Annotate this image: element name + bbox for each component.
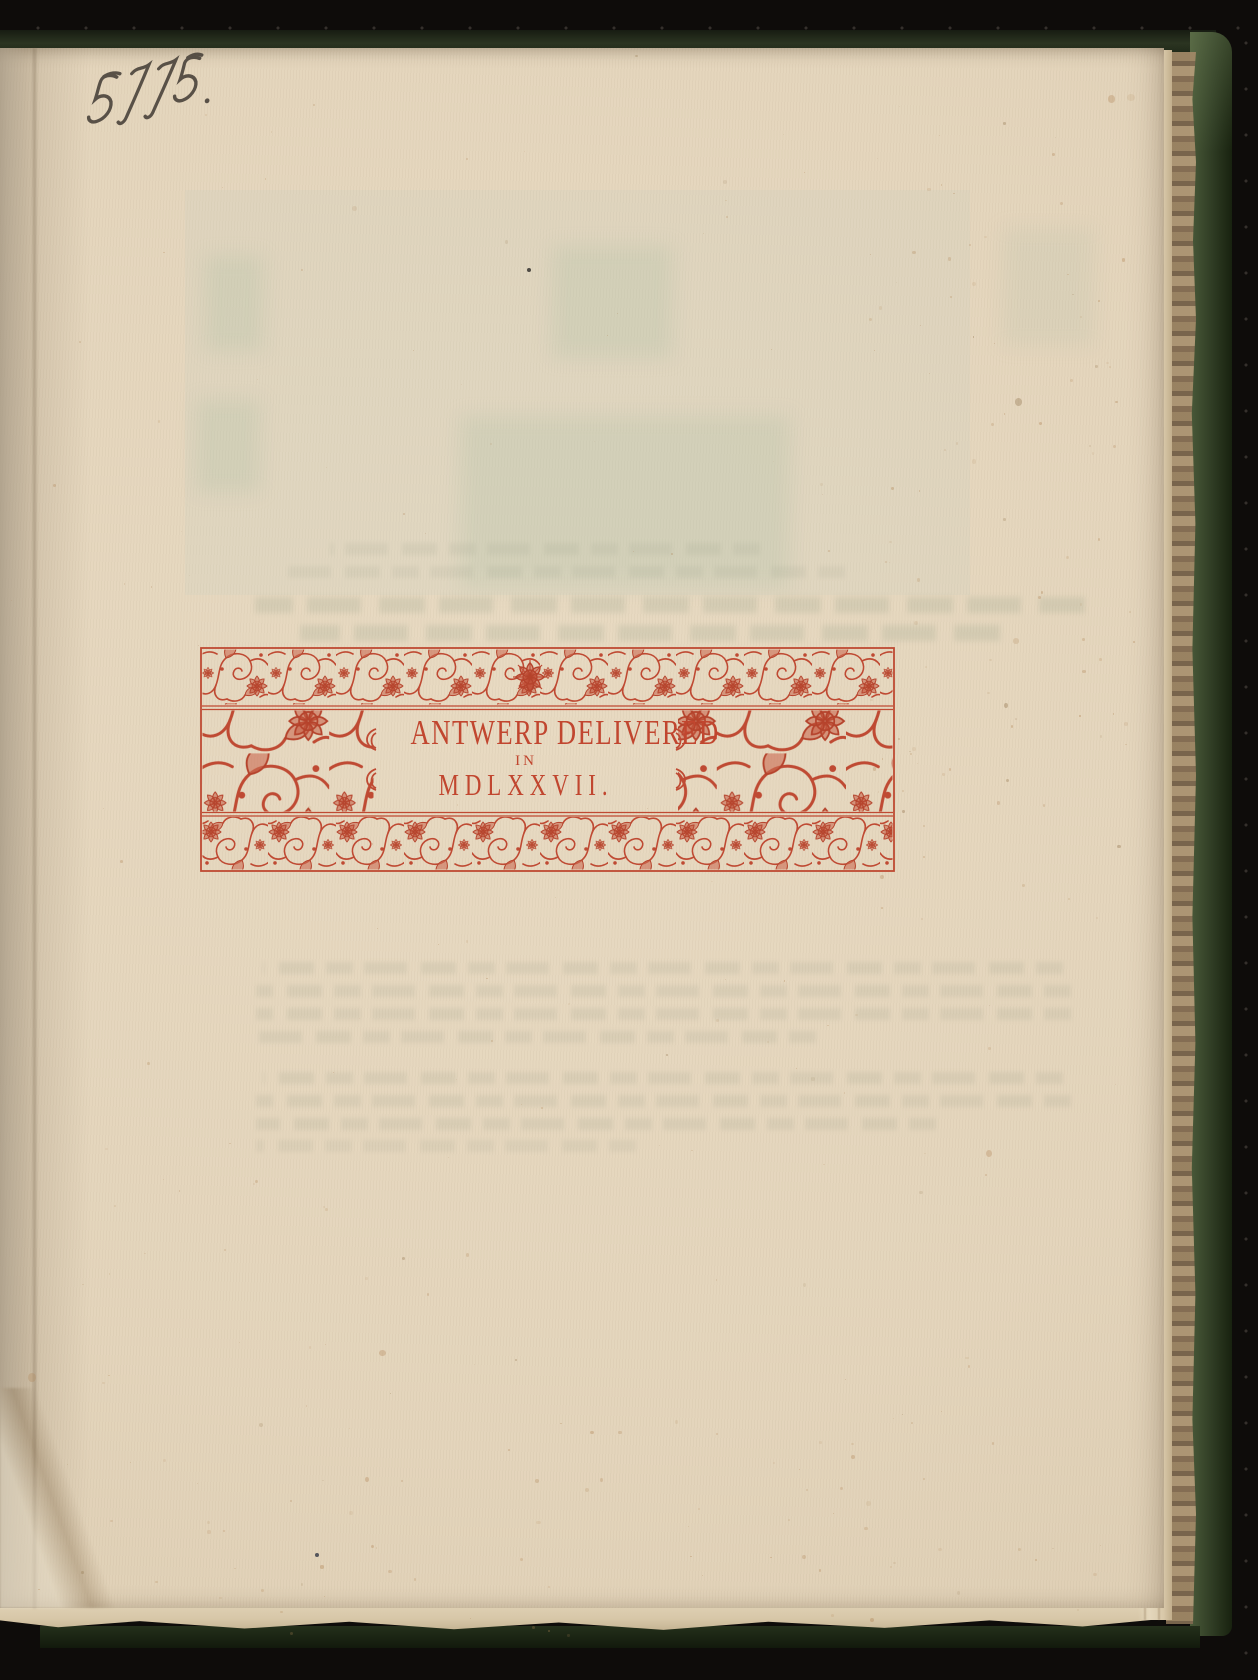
show-through-text-line xyxy=(256,1095,1071,1107)
show-through-text-line xyxy=(255,597,1085,613)
cartouche-title-line1: ANTWERP DELIVERED xyxy=(410,715,641,751)
cartouche-title-line3: MDLXXVII. xyxy=(414,769,639,801)
show-through-text-line xyxy=(256,1031,816,1043)
show-through-ornament xyxy=(552,246,672,358)
show-through-text-line xyxy=(263,962,1063,974)
show-through-text-line xyxy=(263,1072,1063,1084)
show-through-shield xyxy=(205,256,263,351)
handwritten-inventory-number: 5775. xyxy=(78,42,236,145)
gutter-shadow xyxy=(0,48,90,1608)
scanned-book-page: 5775. xyxy=(0,0,1258,1680)
show-through-ornament xyxy=(1002,228,1094,346)
page-corner-curl xyxy=(0,1388,120,1608)
show-through-figure-group xyxy=(460,416,790,588)
ink-speck xyxy=(527,268,531,272)
gutter-crease xyxy=(33,48,36,1608)
handwriting-strokes xyxy=(78,42,236,145)
ink-speck xyxy=(315,1553,319,1557)
left-frieze xyxy=(203,711,374,812)
show-through-text-line xyxy=(300,625,1000,641)
title-cartouche: ANTWERP DELIVERED IN MDLXXVII. xyxy=(200,647,895,872)
book-cover-bottom-edge xyxy=(40,1626,1200,1648)
show-through-text-line xyxy=(256,1140,636,1152)
show-through-text-line xyxy=(256,1008,1071,1020)
cartouche-title-panel: ANTWERP DELIVERED IN MDLXXVII. xyxy=(374,647,678,872)
show-through-text-line xyxy=(256,985,1071,997)
show-through-text-line xyxy=(256,1118,936,1130)
show-through-text-line xyxy=(330,543,760,555)
film-edge-dots-right xyxy=(1236,0,1248,1680)
show-through-plate xyxy=(185,190,970,595)
book-cover-right-edge xyxy=(1190,32,1232,1636)
show-through-shield xyxy=(196,400,260,492)
film-edge-dots-top xyxy=(0,20,1258,30)
show-through-text-line xyxy=(285,566,845,578)
